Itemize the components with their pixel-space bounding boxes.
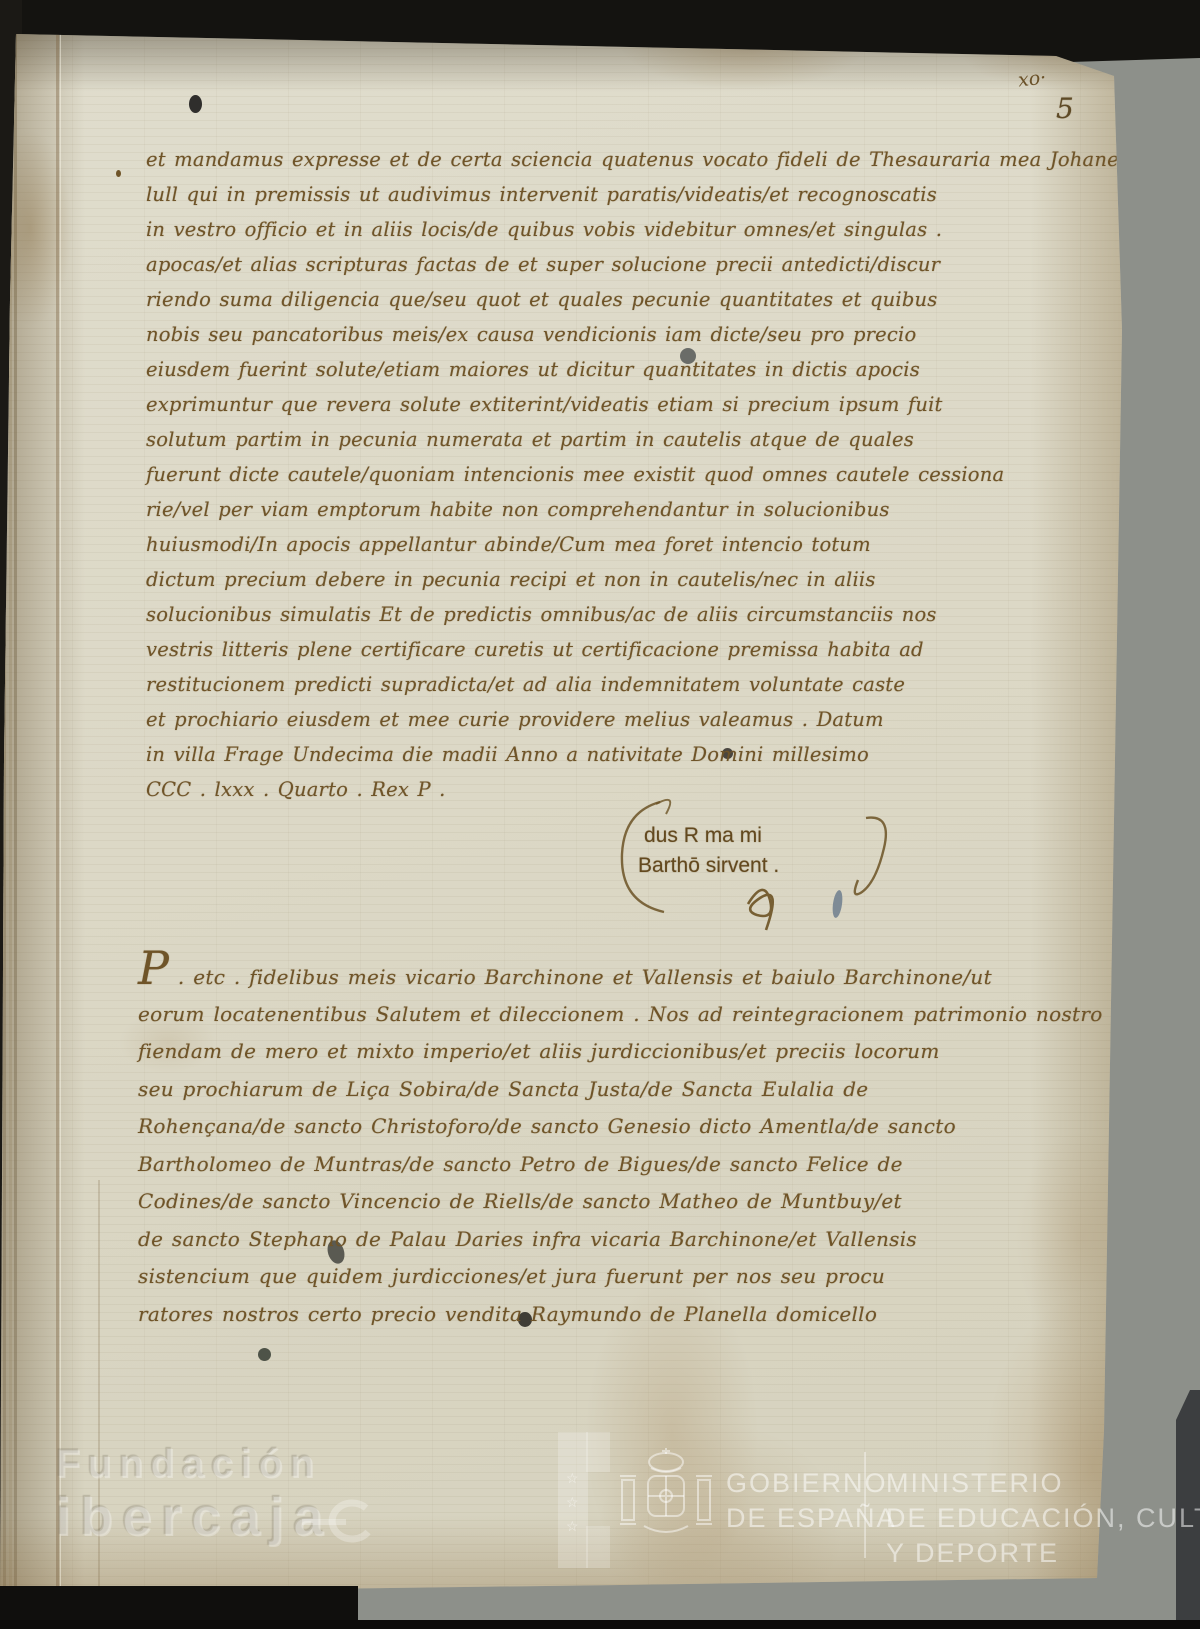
manuscript-line: Bartholomeo de Muntras/de sancto Petro d…: [138, 1146, 1098, 1184]
manuscript-line: fuerunt dicte cautele/quoniam intencioni…: [146, 457, 1106, 492]
spain-coat-of-arms-icon: [614, 1446, 718, 1564]
manuscript-line: et mandamus expresse et de certa scienci…: [146, 142, 1106, 177]
backdrop-shadow-bottom: [0, 1620, 1200, 1629]
manuscript-line: fiendam de mero et mixto imperio/et alii…: [138, 1033, 1098, 1071]
manuscript-line: seu prochiarum de Liça Sobira/de Sancta …: [138, 1071, 1098, 1109]
manuscript-line: huiusmodi/In apocis appellantur abinde/C…: [146, 527, 1106, 562]
manuscript-line: Rohençana/de sancto Christoforo/de sanct…: [138, 1108, 1098, 1146]
folio-number: 5: [1056, 92, 1074, 125]
manuscript-line: in villa Frage Undecima die madii Anno a…: [146, 737, 1106, 772]
chancery-note: dus R ma mi Barthō sirvent .: [598, 796, 928, 946]
manuscript-scan: xo· 5 et mandamus expresse et de certa s…: [0, 0, 1200, 1629]
manuscript-line: lull qui in premissis ut audivimus inter…: [146, 177, 1106, 212]
fold-crease: [56, 22, 59, 1592]
gobierno-watermark-line2: DE ESPAÑA: [726, 1503, 897, 1534]
paragraph-2: P . etc . fidelibus meis vicario Barchin…: [138, 958, 1098, 1333]
ibercaja-logo-icon: [300, 1498, 378, 1550]
eu-flag-bar-tab: [586, 1432, 610, 1472]
eu-star-icon: ☆: [566, 1518, 579, 1535]
manuscript-line: et prochiario eiusdem et mee curie provi…: [146, 702, 1106, 737]
watermark-divider: [864, 1452, 866, 1558]
manuscript-line: dictum precium debere in pecunia recipi …: [146, 562, 1106, 597]
ministerio-watermark-line3: Y DEPORTE: [886, 1538, 1059, 1569]
manuscript-line: ratores nostros certo precio vendita Ray…: [138, 1296, 1098, 1334]
eu-star-icon: ☆: [566, 1494, 579, 1511]
eu-star-icon: ☆: [566, 1470, 579, 1487]
manuscript-line: de sancto Stephano de Palau Daries infra…: [138, 1221, 1098, 1259]
manuscript-line: eiusdem fuerint solute/etiam maiores ut …: [146, 352, 1106, 387]
ministerio-watermark-line2: DE EDUCACIÓN, CULTURA: [886, 1503, 1200, 1534]
speck: [116, 170, 121, 177]
manuscript-line: riendo suma diligencia que/seu quot et q…: [146, 282, 1106, 317]
chancery-note-line: Barthō sirvent .: [638, 854, 779, 878]
manuscript-line: sistencium que quidem jurdicciones/et ju…: [138, 1258, 1098, 1296]
manuscript-line: apocas/et alias scripturas factas de et …: [146, 247, 1106, 282]
manuscript-line: in vestro officio et in aliis locis/de q…: [146, 212, 1106, 247]
fold-crease-highlight: [60, 22, 61, 1592]
manuscript-line: eorum locatenentibus Salutem et dileccio…: [138, 996, 1098, 1034]
parchment-page: xo· 5 et mandamus expresse et de certa s…: [0, 0, 1200, 1629]
manuscript-line: solutum partim in pecunia numerata et pa…: [146, 422, 1106, 457]
eu-flag-bar-tab: [586, 1526, 610, 1568]
wormhole: [189, 95, 202, 113]
manuscript-line: nobis seu pancatoribus meis/ex causa ven…: [146, 317, 1106, 352]
manuscript-line: rie/vel per viam emptorum habite non com…: [146, 492, 1106, 527]
paragraph-1: et mandamus expresse et de certa scienci…: [146, 142, 1106, 807]
ministerio-watermark-line1: MINISTERIO: [886, 1468, 1064, 1499]
manuscript-line: P . etc . fidelibus meis vicario Barchin…: [138, 958, 1098, 996]
manuscript-line: vestris litteris plene certificare curet…: [146, 632, 1106, 667]
manuscript-line: solucionibus simulatis Et de predictis o…: [146, 597, 1106, 632]
chancery-note-line: dus R ma mi: [644, 824, 762, 848]
page-left-shadow: [0, 20, 85, 1595]
ibercaja-watermark-line2: ibercaja: [56, 1486, 332, 1548]
ibercaja-watermark-line1: Fundación: [56, 1442, 321, 1487]
ink-blot: [258, 1348, 271, 1361]
notarial-paraph: [748, 890, 773, 930]
manuscript-line: restitucionem predicti supradicta/et ad …: [146, 667, 1106, 702]
manuscript-line: exprimuntur que revera solute extiterint…: [146, 387, 1106, 422]
corner-mark: xo·: [1017, 67, 1047, 92]
manuscript-line: Codines/de sancto Vincencio de Riells/de…: [138, 1183, 1098, 1221]
